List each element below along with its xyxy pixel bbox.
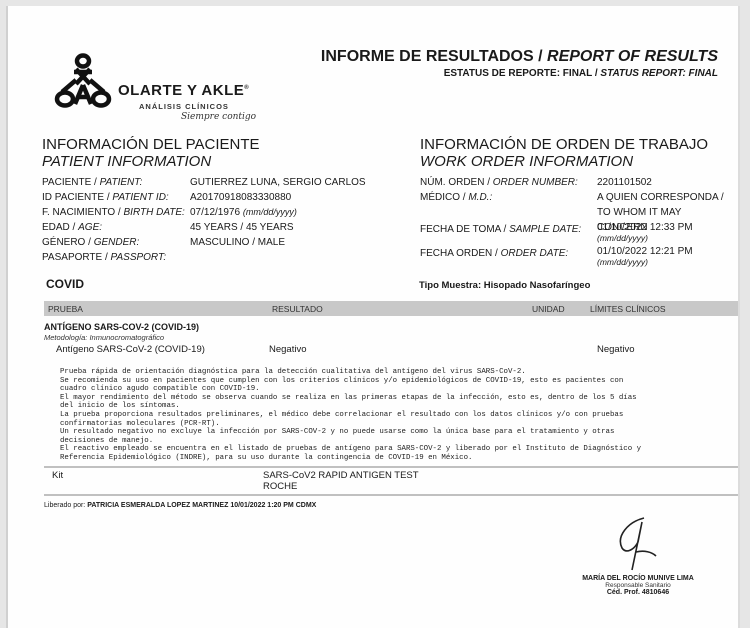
results-table-header: PRUEBA RESULTADO UNIDAD LÍMITES CLÍNICOS [44,301,738,316]
olarte-akle-logo-icon [54,52,112,110]
physician-row: MÉDICO / M.D.: A QUIEN CORRESPONDA / TO … [420,190,730,220]
patient-field-value: MASCULINO / MALE [190,235,285,250]
divider [44,466,738,468]
table-row: Antígeno SARS-CoV-2 (COVID-19) Negativo … [44,344,738,357]
divider [44,494,738,496]
note-line: El mayor rendimiento del método se obser… [60,394,641,403]
kit-value: SARS-CoV2 RAPID ANTIGEN TEST ROCHE [263,470,419,492]
patient-field-value: 45 YEARS / 45 YEARS [190,220,294,235]
test-group-title: ANTÍGENO SARS-COV-2 (COVID-19) [44,322,199,332]
order-date-row: FECHA ORDEN / ORDER DATE: 01/10/2022 12:… [420,246,730,270]
patient-field-value: GUTIERREZ LUNA, SERGIO CARLOS [190,175,366,190]
patient-field-value: A20170918083330880 [190,190,291,205]
patient-field-row: GÉNERO / GENDER:MASCULINO / MALE [42,235,382,250]
patient-field-row: EDAD / AGE:45 YEARS / 45 YEARS [42,220,382,235]
patient-field-row: PASAPORTE / PASSPORT: [42,250,382,265]
order-number-row: NÚM. ORDEN / ORDER NUMBER: 2201101502 [420,175,730,190]
note-line: La prueba proporciona resultados prelimi… [60,411,641,420]
patient-info-title: INFORMACIÓN DEL PACIENTE PATIENT INFORMA… [42,136,260,170]
test-notes: Prueba rápida de orientación diagnóstica… [60,368,641,463]
note-line: Prueba rápida de orientación diagnóstica… [60,368,641,377]
note-line: Un resultado negativo no excluye la infe… [60,428,641,437]
patient-fields: PACIENTE / PATIENT:GUTIERREZ LUNA, SERGI… [42,175,382,265]
report-status: ESTATUS DE REPORTE: FINAL / STATUS REPOR… [444,68,718,79]
section-name: COVID [46,277,84,291]
kit-label: Kit [52,470,63,481]
patient-field-row: ID PACIENTE / PATIENT ID:A20170918083330… [42,190,382,205]
patient-field-value: 07/12/1976 (mm/dd/yyyy) [190,205,297,220]
signature-icon [608,514,668,574]
report-title: INFORME DE RESULTADOS / REPORT OF RESULT… [321,48,718,66]
brand-name: OLARTE Y AKLE® [118,82,249,99]
note-line: del inicio de los síntomas. [60,402,641,411]
patient-field-row: PACIENTE / PATIENT:GUTIERREZ LUNA, SERGI… [42,175,382,190]
report-page: OLARTE Y AKLE® ANÁLISIS CLÍNICOS Siempre… [6,6,740,628]
note-line: Se recomienda su uso en pacientes que cu… [60,377,641,386]
note-line: decisiones de manejo. [60,437,641,446]
sample-type: Tipo Muestra: Hisopado Nasofaríngeo [419,280,590,291]
brand-tagline: Siempre contigo [181,112,256,122]
work-order-fields: NÚM. ORDEN / ORDER NUMBER: 2201101502 MÉ… [420,175,730,270]
order-number-value: 2201101502 [597,175,652,190]
released-by: Liberado por: PATRICIA ESMERALDA LOPEZ M… [44,502,316,509]
sample-date-row: FECHA DE TOMA / SAMPLE DATE: 01/10/2022 … [420,222,730,246]
note-line: confirmatorias moleculares (PCR-RT). [60,420,641,429]
signatory: MARÍA DEL ROCÍO MUNIVE LIMA Responsable … [568,575,708,596]
methodology: Metodología: Inmunocromatográfico [44,333,164,342]
work-order-title: INFORMACIÓN DE ORDEN DE TRABAJO WORK ORD… [420,136,708,170]
brand-subtitle: ANÁLISIS CLÍNICOS [139,102,229,111]
note-line: Referencia Epidemiológico (INDRE), para … [60,454,641,463]
note-line: cuadro clínico agudo compatible con COVI… [60,385,641,394]
note-line: El reactivo empleado se encuentra en el … [60,445,641,454]
patient-field-row: F. NACIMIENTO / BIRTH DATE:07/12/1976 (m… [42,205,382,220]
